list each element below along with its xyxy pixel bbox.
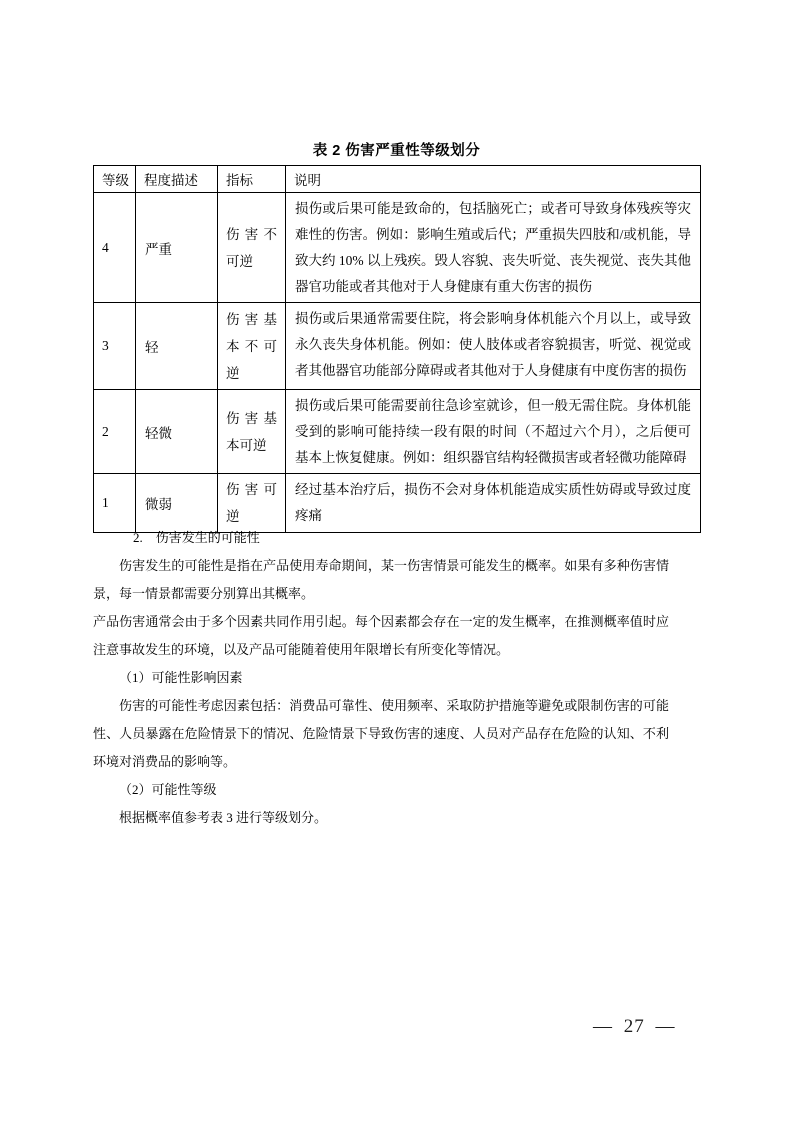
subheading-influence-factors: （1）可能性影响因素 [93,664,669,692]
cell-description: 损伤或后果可能需要前往急诊室就诊，但一般无需住院。身体机能受到的影响可能持续一段… [286,390,701,474]
cell-degree: 轻 [136,303,218,390]
header-level: 等级 [94,166,136,193]
cell-description: 损伤或后果可能是致命的，包括脑死亡；或者可导致身体残疾等灾难性的伤害。例如：影响… [286,193,701,303]
body-text-block: 2.伤害发生的可能性 伤害发生的可能性是指在产品使用寿命期间，某一伤害情景可能发… [93,524,669,832]
table-caption: 表 2 伤害严重性等级划分 [93,139,700,160]
cell-level: 4 [94,193,136,303]
table-row-level-3: 3 轻 伤害基本不可逆 损伤或后果通常需要住院，将会影响身体机能六个月以上，或导… [94,303,701,390]
cell-indicator: 伤害基本可逆 [218,390,286,474]
cell-level: 2 [94,390,136,474]
paragraph-considered-factors: 伤害的可能性考虑因素包括：消费品可靠性、使用频率、采取防护措施等避免或限制伤害的… [93,692,669,776]
cell-indicator: 伤害基本不可逆 [218,303,286,390]
severity-table: 等级 程度描述 指标 说明 4 严重 伤害不可逆 损伤或后果可能是致命的，包括脑… [93,165,701,533]
subheading-likelihood-level: （2）可能性等级 [93,776,669,804]
page-number: — 27 — [593,1016,676,1038]
cell-degree: 轻微 [136,390,218,474]
document-page: 表 2 伤害严重性等级划分 等级 程度描述 指标 说明 4 严重 伤害不可逆 损… [0,0,793,1122]
section-number: 2. [133,530,143,545]
paragraph-refer-table3: 根据概率值参考表 3 进行等级划分。 [93,804,669,832]
header-indicator: 指标 [218,166,286,193]
table-row-level-2: 2 轻微 伤害基本可逆 损伤或后果可能需要前往急诊室就诊，但一般无需住院。身体机… [94,390,701,474]
cell-description: 损伤或后果通常需要住院，将会影响身体机能六个月以上，或导致永久丧失身体机能。例如… [286,303,701,390]
header-description: 说明 [286,166,701,193]
cell-indicator: 伤害不可逆 [218,193,286,303]
section-heading: 2.伤害发生的可能性 [93,524,669,552]
cell-level: 3 [94,303,136,390]
cell-degree: 严重 [136,193,218,303]
paragraph-multiple-factors: 产品伤害通常会由于多个因素共同作用引起。每个因素都会存在一定的发生概率，在推测概… [93,608,669,664]
header-degree: 程度描述 [136,166,218,193]
paragraph-likelihood-definition: 伤害发生的可能性是指在产品使用寿命期间，某一伤害情景可能发生的概率。如果有多种伤… [93,552,669,608]
table-row-level-4: 4 严重 伤害不可逆 损伤或后果可能是致命的，包括脑死亡；或者可导致身体残疾等灾… [94,193,701,303]
table-header-row: 等级 程度描述 指标 说明 [94,166,701,193]
section-heading-label: 伤害发生的可能性 [156,530,260,545]
